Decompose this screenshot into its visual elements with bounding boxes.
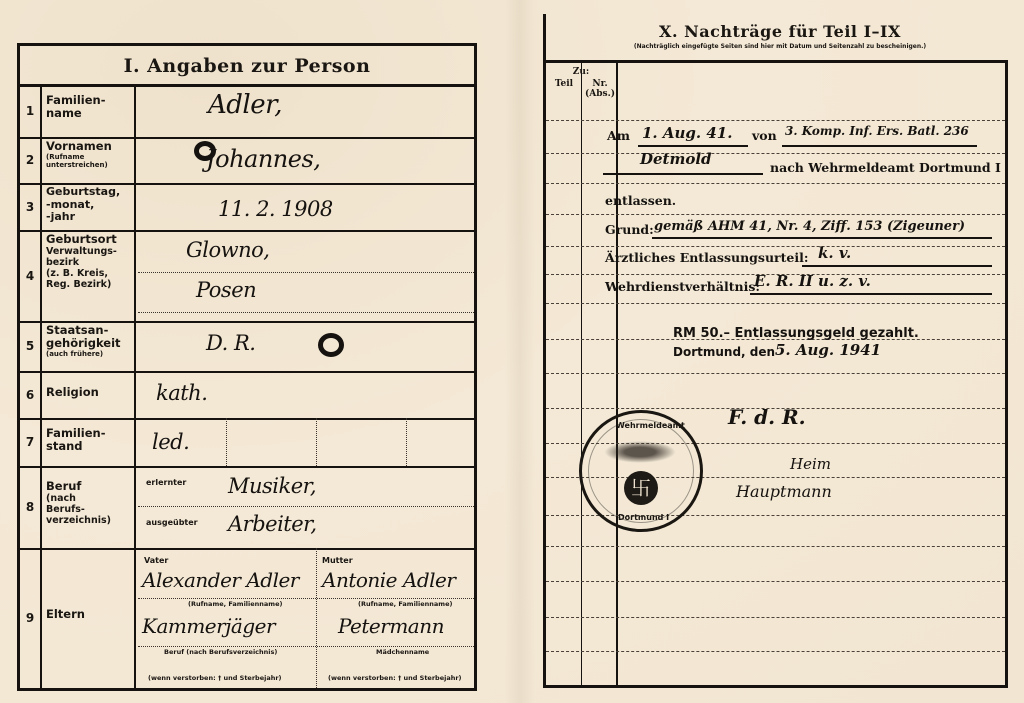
unit-value: 3. Komp. Inf. Ers. Batl. 236 <box>785 124 969 138</box>
mother-death-caption: (wenn verstorben: † und Sterbejahr) <box>328 674 462 682</box>
row-label: Beruf(nach Berufs- verzeichnis) <box>42 466 136 548</box>
signature-rank: Hauptmann <box>736 482 832 501</box>
ruled-line <box>546 120 1005 121</box>
row-citizenship: 5 Staatsan- gehörigkeit(auch frühere) D.… <box>20 321 474 373</box>
discharge-date-value: 1. Aug. 41. <box>642 124 732 142</box>
citizenship-value: D. R. <box>206 331 255 355</box>
row-label: Familien- name <box>42 84 136 137</box>
mother-label: Mutter <box>322 556 353 565</box>
am-label: Am <box>607 128 630 143</box>
row-marital-status: 7 Familien- stand led. <box>20 418 474 468</box>
amendments-table: Zu: Teil Nr. (Abs.) <box>543 60 1008 688</box>
row-label: Eltern <box>42 548 136 688</box>
header-zu: Zu: <box>566 67 596 77</box>
row-number: 9 <box>20 548 42 688</box>
row-label: Religion <box>42 371 136 418</box>
row-label: Staatsan- gehörigkeit(auch frühere) <box>42 321 136 371</box>
ruled-line <box>546 546 1005 547</box>
payment-text: RM 50.– Entlassungsgeld gezahlt. <box>673 326 919 341</box>
row-number: 2 <box>20 137 42 183</box>
row-birthplace: 4 GeburtsortVerwaltungs- bezirk (z. B. K… <box>20 230 474 323</box>
practiced-label: ausgeübter <box>146 518 198 527</box>
birthplace-value: Glowno, <box>186 238 269 262</box>
mother-name-value: Antonie Adler <box>322 568 455 592</box>
row-label: GeburtsortVerwaltungs- bezirk (z. B. Kre… <box>42 230 136 321</box>
row-number: 3 <box>20 183 42 230</box>
service-status-value: E. R. II u. z. v. <box>754 272 871 290</box>
medical-label: Ärztliches Entlassungsurteil: <box>605 250 808 265</box>
header-teil: Teil <box>548 79 580 89</box>
punch-hole <box>318 333 344 357</box>
row-parents: 9 Eltern Vater Alexander Adler (Rufname,… <box>20 548 474 688</box>
discharged-text: entlassen. <box>605 193 676 208</box>
row-number: 5 <box>20 321 42 371</box>
ruled-line <box>546 617 1005 618</box>
column-number <box>583 63 618 685</box>
ruled-line <box>546 373 1005 374</box>
service-status-label: Wehrdienstverhältnis: <box>605 279 760 294</box>
row-number: 4 <box>20 230 42 321</box>
ruled-line <box>546 183 1005 184</box>
learned-label: erlernter <box>146 478 186 487</box>
stamp-text-top: Wehrmeldeamt <box>616 421 685 430</box>
date-prefix: Dortmund, den <box>673 345 775 359</box>
ruled-line <box>546 581 1005 582</box>
ruled-line <box>546 651 1005 652</box>
von-label: von <box>752 128 777 143</box>
father-name-caption: (Rufname, Familienname) <box>188 600 282 608</box>
official-stamp: 卐 Wehrmeldeamt Dortmund I <box>579 410 703 532</box>
father-occupation-value: Kammerjäger <box>142 614 275 638</box>
marital-status-value: led. <box>152 430 189 454</box>
mother-name-caption: (Rufname, Familienname) <box>358 600 452 608</box>
place-value: Detmold <box>640 150 712 168</box>
row-religion: 6 Religion kath. <box>20 371 474 420</box>
row-birthdate: 3 Geburtstag, -monat, -jahr 11. 2. 1908 <box>20 183 474 232</box>
row-occupation: 8 Beruf(nach Berufs- verzeichnis) erlern… <box>20 466 474 550</box>
transfer-text: nach Wehrmeldeamt Dortmund I <box>770 160 1001 175</box>
father-occupation-caption: Beruf (nach Berufsverzeichnis) <box>164 648 277 656</box>
father-label: Vater <box>144 556 168 565</box>
wreath-emblem-icon: 卐 <box>624 471 658 505</box>
section-title: I. Angaben zur Person <box>20 46 474 87</box>
section-title: X. Nachträge für Teil I–IX <box>560 22 1000 41</box>
row-surname: 1 Familien- name Adler, <box>20 84 474 139</box>
religion-value: kath. <box>156 381 207 405</box>
eagle-icon <box>604 441 676 463</box>
row-label: Familien- stand <box>42 418 136 466</box>
page-gutter <box>505 0 535 703</box>
personal-details-table: I. Angaben zur Person 1 Familien- name A… <box>17 43 477 691</box>
row-label: Vornamen(Rufname unterstreichen) <box>42 137 136 183</box>
practiced-occupation-value: Arbeiter, <box>228 512 317 536</box>
birthdate-value: 11. 2. 1908 <box>218 197 333 221</box>
ruled-line <box>546 153 1005 154</box>
row-number: 8 <box>20 466 42 548</box>
medical-value: k. v. <box>818 244 851 262</box>
page-edge-line <box>543 14 546 61</box>
ruled-line <box>546 246 1005 247</box>
learned-occupation-value: Musiker, <box>228 474 316 498</box>
father-name-value: Alexander Adler <box>142 568 299 592</box>
row-label: Geburtstag, -monat, -jahr <box>42 183 136 230</box>
district-value: Posen <box>196 278 256 302</box>
signature-name: Heim <box>790 455 831 473</box>
issue-date-value: 5. Aug. 1941 <box>775 341 881 359</box>
given-names-value: Johannes, <box>206 145 320 173</box>
signature-fdr: F. d. R. <box>728 405 806 429</box>
section-subtitle: (Nachträglich eingefügte Seiten sind hie… <box>560 43 1000 50</box>
mother-maiden-caption: Mädchenname <box>376 648 429 656</box>
ruled-line <box>546 303 1005 304</box>
mother-maiden-name-value: Petermann <box>338 614 444 638</box>
reason-value: gemäß AHM 41, Nr. 4, Ziff. 153 (Zigeuner… <box>654 219 965 234</box>
row-number: 1 <box>20 84 42 137</box>
father-death-caption: (wenn verstorben: † und Sterbejahr) <box>148 674 282 682</box>
reason-label: Grund: <box>605 222 654 237</box>
row-number: 6 <box>20 371 42 418</box>
row-number: 7 <box>20 418 42 466</box>
ruled-line <box>546 214 1005 215</box>
stamp-text-bottom: Dortmund I <box>618 513 669 522</box>
header-nr: Nr. (Abs.) <box>584 79 616 99</box>
row-given-names: 2 Vornamen(Rufname unterstreichen) Johan… <box>20 137 474 185</box>
surname-value: Adler, <box>208 90 282 120</box>
column-part <box>546 63 582 685</box>
